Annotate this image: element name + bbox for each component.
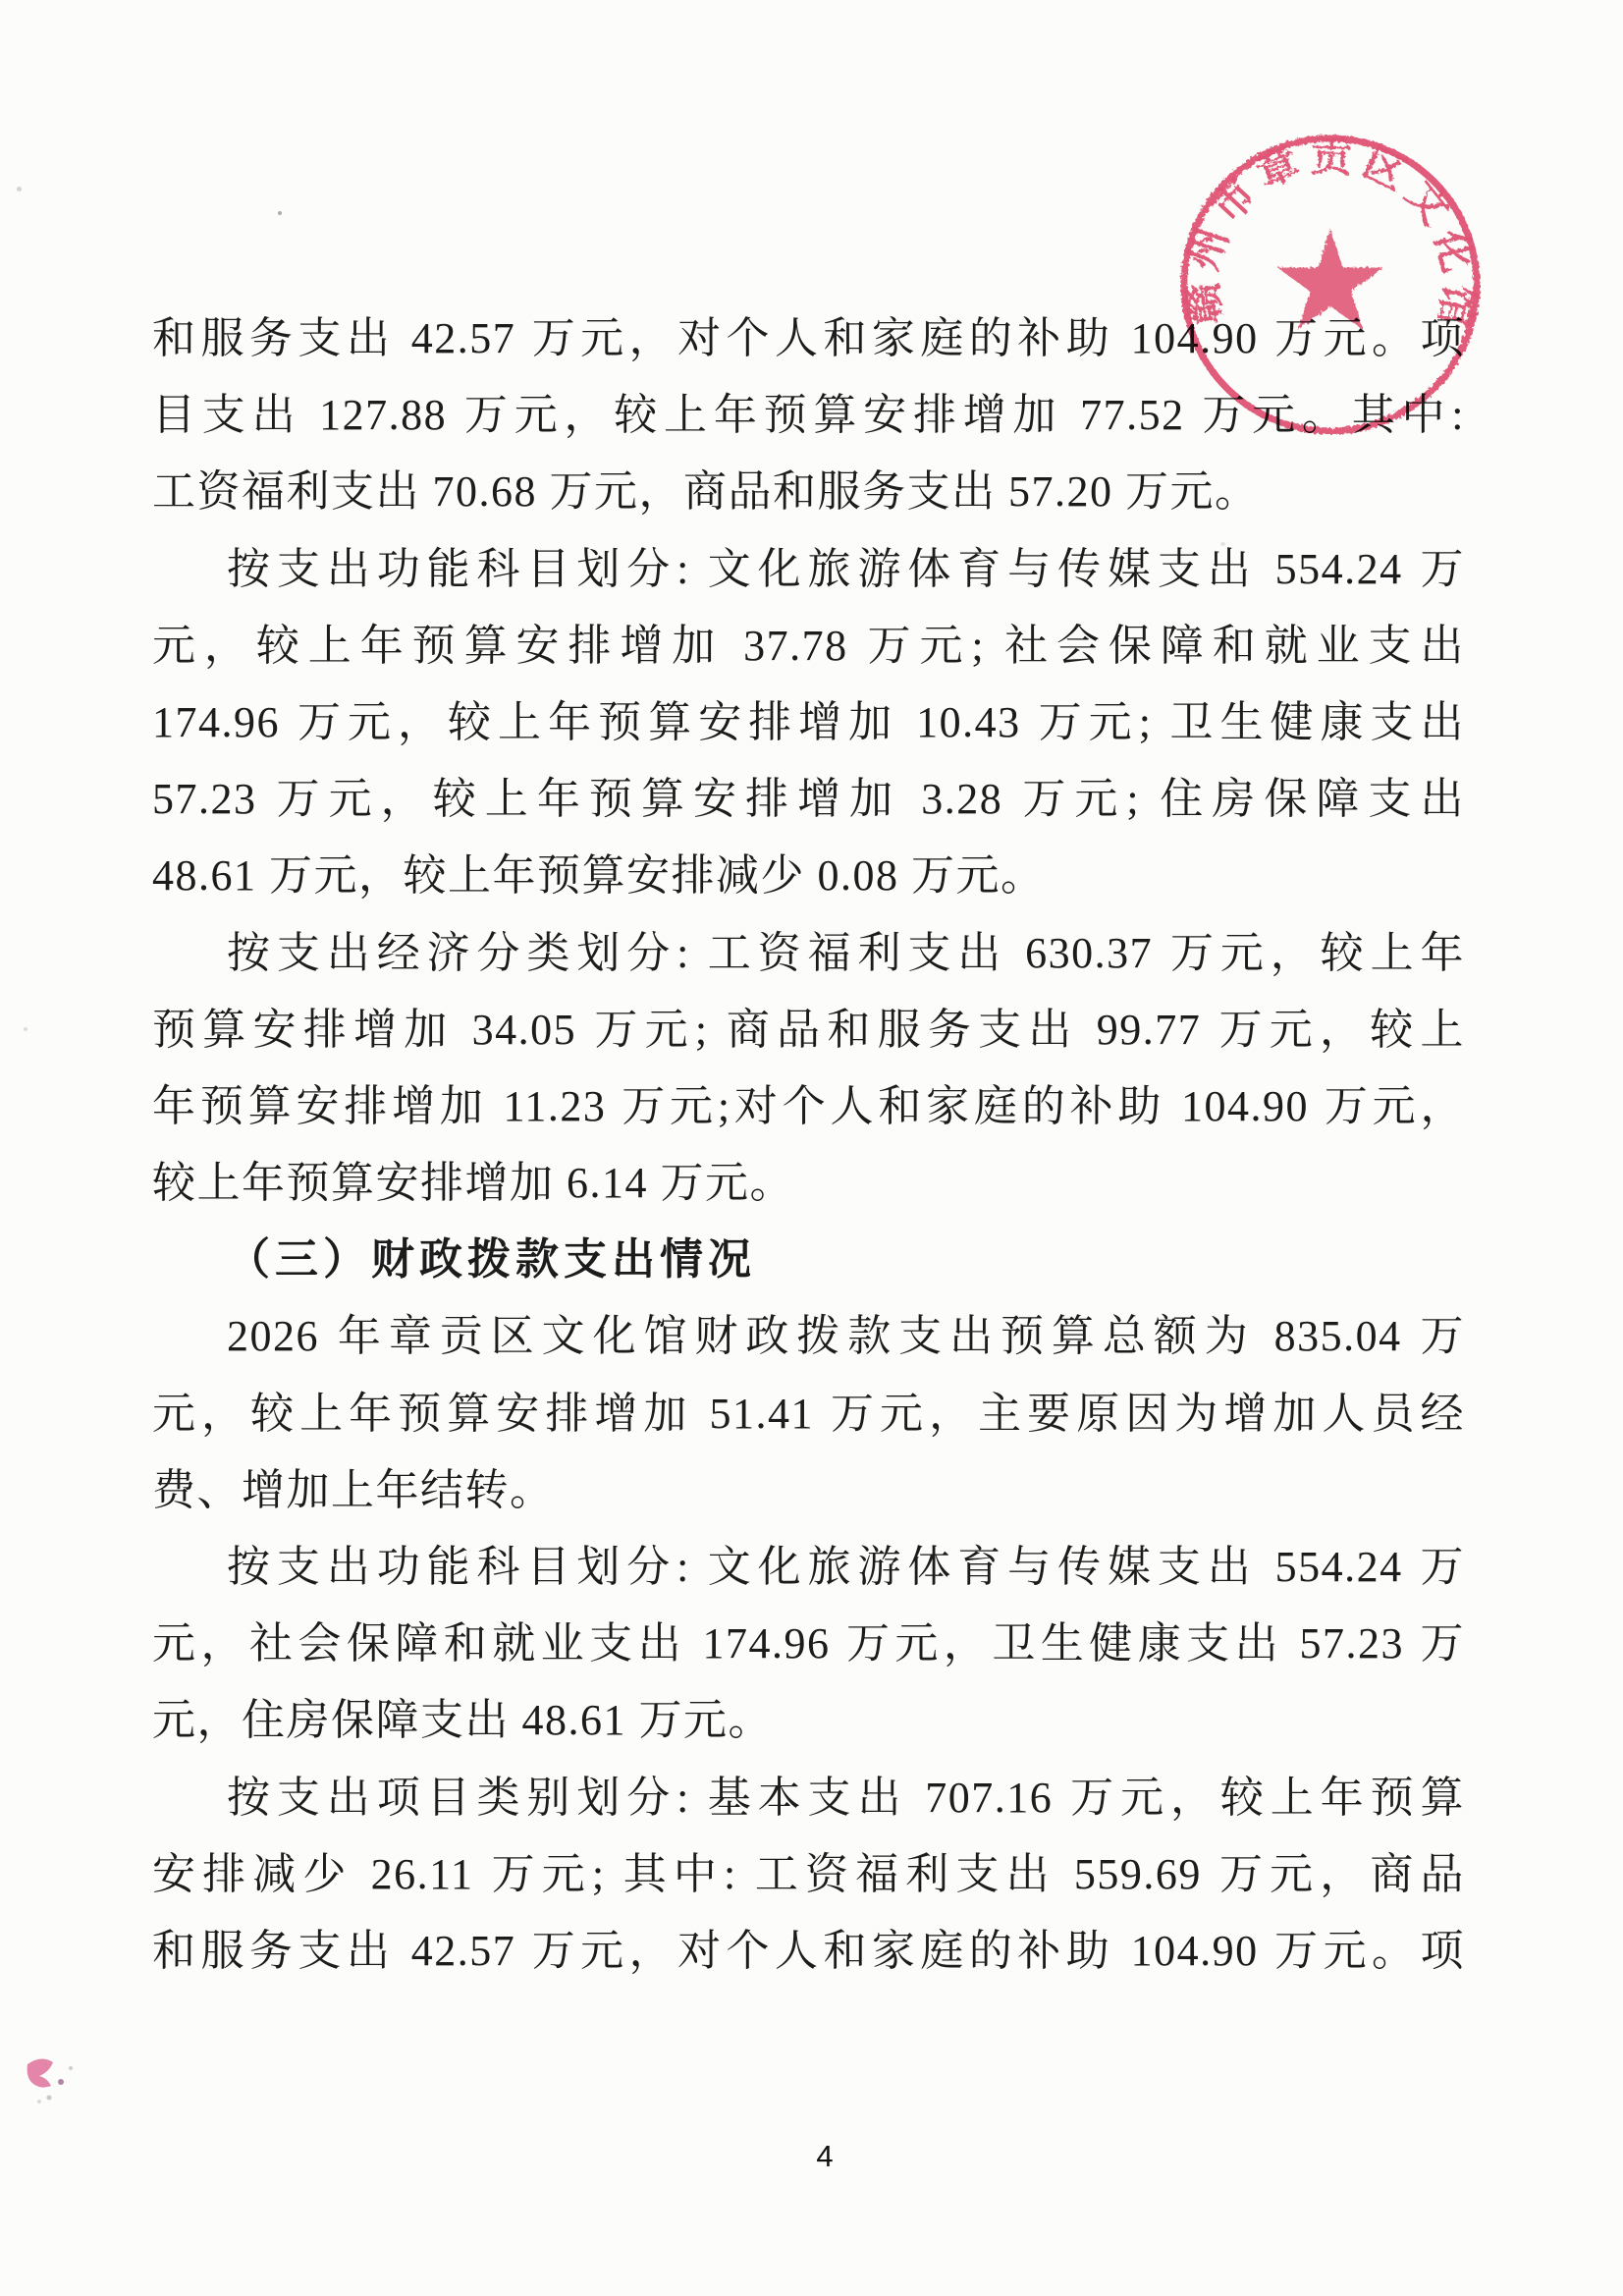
text-line: 2026 年章贡区文化馆财政拨款支出预算总额为 835.04 万 <box>152 1298 1465 1375</box>
paper-speck <box>278 211 282 215</box>
text-line: 48.61 万元，较上年预算安排减少 0.08 万元。 <box>152 838 1465 914</box>
paper-speck <box>24 1027 27 1031</box>
text-line: 元，社会保障和就业支出 174.96 万元，卫生健康支出 57.23 万 <box>152 1606 1465 1682</box>
text-line: 年预算安排增加 11.23 万元;对个人和家庭的补助 104.90 万元， <box>152 1068 1465 1145</box>
text-line: 57.23 万元，较上年预算安排增加 3.28 万元; 住房保障支出 <box>152 761 1465 838</box>
text-line: 元，较上年预算安排增加 51.41 万元，主要原因为增加人员经 <box>152 1376 1465 1452</box>
paper-speck <box>17 187 22 191</box>
official-seal: 赣州市章贡区文化馆 <box>1163 118 1497 452</box>
document-text: 和服务支出 42.57 万元，对个人和家庭的补助 104.90 万元。项目支出 … <box>152 301 1465 1990</box>
text-line: 和服务支出 42.57 万元，对个人和家庭的补助 104.90 万元。项 <box>152 1913 1465 1990</box>
text-line: 按支出经济分类划分: 工资福利支出 630.37 万元，较上年 <box>152 915 1465 992</box>
seal-star-icon <box>1277 229 1383 330</box>
text-line: 费、增加上年结转。 <box>152 1452 1465 1529</box>
text-line: 较上年预算安排增加 6.14 万元。 <box>152 1145 1465 1222</box>
text-line: 174.96 万元，较上年预算安排增加 10.43 万元; 卫生健康支出 <box>152 684 1465 761</box>
page-number: 4 <box>785 2139 864 2174</box>
text-line: 按支出功能科目划分: 文化旅游体育与传媒支出 554.24 万 <box>152 1529 1465 1606</box>
ink-smudge <box>10 2033 128 2141</box>
section-heading: （三）财政拨款支出情况 <box>152 1222 1465 1298</box>
text-line: 元，住房保障支出 48.61 万元。 <box>152 1682 1465 1759</box>
text-line: 按支出功能科目划分: 文化旅游体育与传媒支出 554.24 万 <box>152 531 1465 608</box>
text-line: 预算安排增加 34.05 万元; 商品和服务支出 99.77 万元，较上 <box>152 992 1465 1068</box>
document-page: 和服务支出 42.57 万元，对个人和家庭的补助 104.90 万元。项目支出 … <box>0 0 1623 2296</box>
paper-speck <box>1220 542 1225 546</box>
text-line: 元，较上年预算安排增加 37.78 万元; 社会保障和就业支出 <box>152 608 1465 684</box>
text-line: 工资福利支出 70.68 万元，商品和服务支出 57.20 万元。 <box>152 454 1465 530</box>
text-line: 安排减少 26.11 万元; 其中: 工资福利支出 559.69 万元，商品 <box>152 1836 1465 1913</box>
text-line: 按支出项目类别划分: 基本支出 707.16 万元，较上年预算 <box>152 1760 1465 1836</box>
